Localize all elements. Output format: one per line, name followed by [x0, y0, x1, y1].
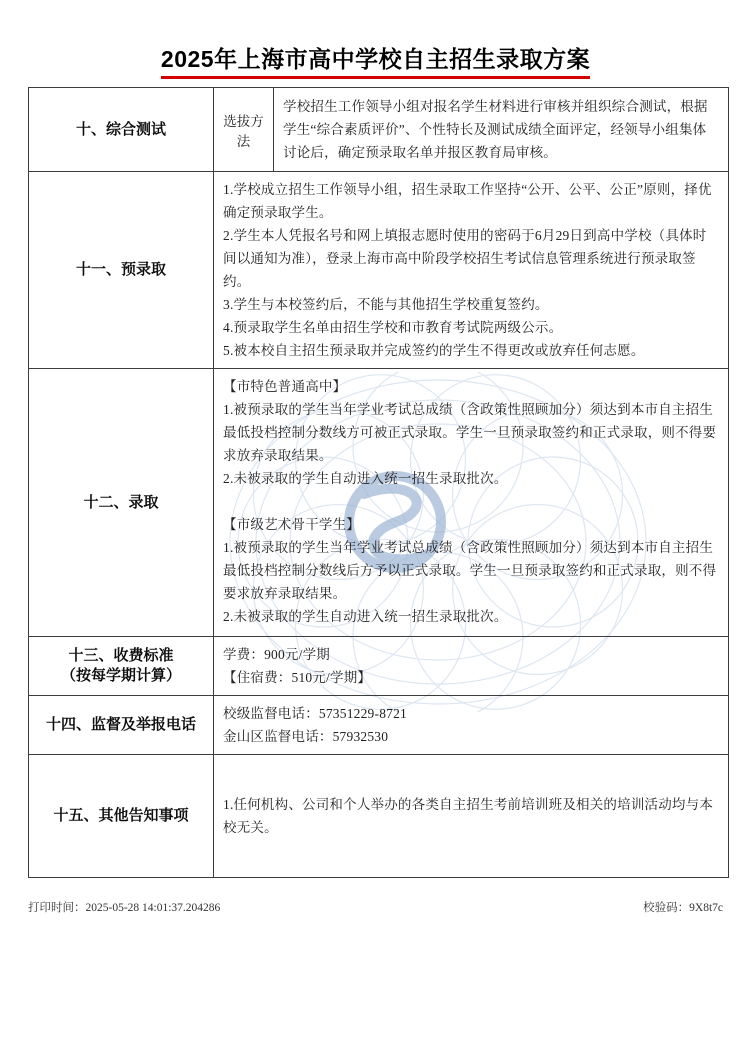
row-content: 学校招生工作领导小组对报名学生材料进行审核并组织综合测试，根据学生“综合素质评价…: [274, 88, 729, 172]
page-title: 2025年上海市高中学校自主招生录取方案: [0, 41, 751, 79]
row-label: 十四、监督及举报电话: [29, 696, 214, 755]
paragraph: 【住宿费：510元/学期】: [223, 666, 719, 689]
paragraph: 1.任何机构、公司和个人举办的各类自主招生考前培训班及相关的培训活动均与本校无关…: [223, 793, 719, 839]
row-content: 1.任何机构、公司和个人举办的各类自主招生考前培训班及相关的培训活动均与本校无关…: [214, 755, 729, 878]
row-label: 十一、预录取: [29, 172, 214, 369]
table-row-pre-admission: 十一、预录取 1.学校成立招生工作领导小组，招生录取工作坚持“公开、公平、公正”…: [29, 172, 729, 369]
paragraph: 3.学生与本校签约后，不能与其他招生学校重复签约。: [223, 293, 719, 316]
paragraph: 1.学校成立招生工作领导小组，招生录取工作坚持“公开、公平、公正”原则，择优确定…: [223, 178, 719, 224]
paragraph: 金山区监督电话：57932530: [223, 725, 719, 748]
paragraph: 4.预录取学生名单由招生学校和市教育考试院两级公示。: [223, 316, 719, 339]
document-page: 2025年上海市高中学校自主招生录取方案 十、综合测试 选拔方法 学校招生工作领…: [0, 0, 751, 1063]
row-label: 十五、其他告知事项: [29, 755, 214, 878]
row-content: 1.学校成立招生工作领导小组，招生录取工作坚持“公开、公平、公正”原则，择优确定…: [214, 172, 729, 369]
page-footer: 打印时间：2025-05-28 14:01:37.204286 校验码：9X8t…: [28, 899, 723, 915]
section-heading: 【市级艺术骨干学生】: [223, 513, 719, 536]
row-label: 十三、收费标准 （按每学期计算）: [29, 637, 214, 696]
row-label: 十、综合测试: [29, 88, 214, 172]
table-row-other-notices: 十五、其他告知事项 1.任何机构、公司和个人举办的各类自主招生考前培训班及相关的…: [29, 755, 729, 878]
paragraph: 校级监督电话：57351229-8721: [223, 702, 719, 725]
row-label: 十二、录取: [29, 369, 214, 637]
table-row-fees: 十三、收费标准 （按每学期计算） 学费：900元/学期 【住宿费：510元/学期…: [29, 637, 729, 696]
paragraph: 学费：900元/学期: [223, 643, 719, 666]
print-time: 打印时间：2025-05-28 14:01:37.204286: [28, 899, 220, 915]
paragraph: 2.未被录取的学生自动进入统一招生录取批次。: [223, 467, 719, 490]
paragraph: 学校招生工作领导小组对报名学生材料进行审核并组织综合测试，根据学生“综合素质评价…: [283, 95, 719, 164]
checksum: 校验码：9X8t7c: [643, 899, 723, 915]
paragraph: 2.未被录取的学生自动进入统一招生录取批次。: [223, 605, 719, 628]
table-row-admission: 十二、录取 【市特色普通高中】 1.被预录取的学生当年学业考试总成绩（含政策性照…: [29, 369, 729, 637]
admission-plan-table: 十、综合测试 选拔方法 学校招生工作领导小组对报名学生材料进行审核并组织综合测试…: [28, 87, 729, 878]
section-heading: 【市特色普通高中】: [223, 375, 719, 398]
blank-line: [223, 490, 719, 513]
row-label-line1: 十三、收费标准: [33, 646, 209, 666]
row-content: 【市特色普通高中】 1.被预录取的学生当年学业考试总成绩（含政策性照顾加分）须达…: [214, 369, 729, 637]
row-sublabel-selection-method: 选拔方法: [214, 88, 274, 172]
page-title-text: 2025年上海市高中学校自主招生录取方案: [161, 41, 590, 79]
row-content: 学费：900元/学期 【住宿费：510元/学期】: [214, 637, 729, 696]
paragraph: 1.被预录取的学生当年学业考试总成绩（含政策性照顾加分）须达到本市自主招生最低投…: [223, 536, 719, 605]
paragraph: 5.被本校自主招生预录取并完成签约的学生不得更改或放弃任何志愿。: [223, 339, 719, 362]
table-row-comprehensive-test: 十、综合测试 选拔方法 学校招生工作领导小组对报名学生材料进行审核并组织综合测试…: [29, 88, 729, 172]
row-label-line2: （按每学期计算）: [33, 666, 209, 686]
paragraph: 1.被预录取的学生当年学业考试总成绩（含政策性照顾加分）须达到本市自主招生最低投…: [223, 398, 719, 467]
table-row-supervision-phones: 十四、监督及举报电话 校级监督电话：57351229-8721 金山区监督电话：…: [29, 696, 729, 755]
row-content: 校级监督电话：57351229-8721 金山区监督电话：57932530: [214, 696, 729, 755]
paragraph: 2.学生本人凭报名号和网上填报志愿时使用的密码于6月29日到高中学校（具体时间以…: [223, 224, 719, 293]
